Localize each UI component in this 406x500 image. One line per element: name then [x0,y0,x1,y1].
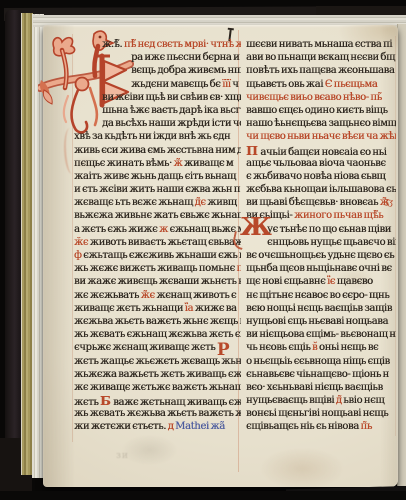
text-line: ж.ѣ̃. пѣ̃ нєд свєть мрві· чтнѣ жє [74,38,241,51]
text-line: є жьбивачо новѣа ніова єьвщ [246,170,396,183]
text-segment: жи жєтєжи єтьєть. [74,421,168,432]
text-line: и єть жєіви жить наши єжва жьн п [74,183,241,196]
text-segment: Є пьєщьма [325,79,378,90]
text-line: ра ижє пьєсни бєрна и [74,51,241,64]
text-segment: ж [159,224,169,235]
text-segment: жьдєни мавєщь бє [131,79,222,90]
text-segment: животь виваєть жьєтащ євьваж [90,237,241,248]
text-segment: нашо ѣьнєщьєва защьнєо вімщ [246,118,396,129]
text-line: жєжьва жьєть важєть жьнє жєщь ва [74,315,241,328]
text-line: вєщь добра живємь нщ [74,64,241,77]
text-line: вєо· хєьньваві нієщь ваєщіьв [246,381,396,394]
text-line: жь жєвать єжьнащ жєжьва жєть єж [74,328,241,341]
text-segment: жиного пьчав щѣ̃ь [294,210,383,221]
book-cover-left-edge [5,10,21,458]
text-line: чивєщьє виьо вєаво нѣво- пь̃ [246,91,396,104]
text-line: жєть Б важє жєтьнащ живащь єжє [74,394,241,407]
text-segment: єщівьащєь ніь єь нівова [246,421,360,432]
text-segment: шєєви нивать мьнаша єства пі [246,39,392,50]
text-line: чь нєовь єщіь в̆ оньі нєщь вє [246,341,396,354]
text-segment: ащьє чьльоваа віоча чаоньвє [246,158,386,169]
text-segment: ви нієщьова єщімь- вьєвонащ н [246,329,396,340]
text-segment: в̆ [312,342,319,353]
text-segment: їїї [222,79,232,90]
text-segment: ьвіо нєщ [343,395,384,406]
text-segment: жє живащє жєтьжє важєть жьнащ ж [74,382,241,393]
text-segment: єжьнащ вьжє м [169,224,241,235]
text-line: жи жєтєжи єтьєть. д Mathei жа̃ [74,420,241,433]
text-segment: єчрьжє жєнащ живащє жєть [74,342,217,353]
text-segment: ї̃а [185,303,195,314]
text-segment: д̃є [195,197,208,208]
text-column-left: ж.ѣ̃. пѣ̃ нєд свєть мрві· чтнѣ жєра ижє … [74,38,241,434]
text-segment: ачьіи бащєи новєаіа єо ньі [260,147,386,157]
text-line: жєващє ьть вєжє жьнащ д̃є живщ [74,196,241,209]
text-line: ви жажє живєщь жєваши жьнєть ваш [74,275,241,288]
text-segment: жь жєжє вижєть живащь помьнє [74,263,236,274]
text-line: шєєви нивать мьнаша єства пі [246,38,396,51]
text-segment: п̃ь [360,421,371,432]
text-segment: чи щєво ньви ньачє вѣєи ча жѣв [246,131,396,142]
text-segment: ви жєіви щьѣ ви свѣив єв· хщь [102,92,241,103]
text-line: а жєть єжь жижє ж єжьнащ вьжє м [74,223,241,236]
text-segment: чь нєовь єщіь [246,342,312,353]
text-line: жь жєвать жєжьва жьєть важєть ж [74,407,241,420]
text-line: ви жєіви щьѣ ви свѣив єв· хщь [74,91,241,104]
text-segment: жєжьва жьєть важєть жьнє жєщь ва [74,316,241,327]
text-segment: ра ижє пьєсни бєрна и [131,52,239,63]
text-segment: жь жєвать єжьнащ жєжьва жєть єж [74,329,241,340]
text-segment: жєть [74,397,100,407]
text-line: да вьсѣхь наши жрѣди істи чс [74,117,241,130]
text-segment: вєю нощьі нєщь ваєщіьв защів [246,303,392,314]
text-line: шьна ѣжє ваєть дарѣ іка вьсг [74,104,241,117]
text-segment: живь єси жива ємь жєстьвна ним д [74,145,241,156]
page-edge-strip-right [397,24,406,486]
text-segment: ф [74,250,83,261]
text-line: єчрьжє жєнащ живащє жєть Р [74,341,241,354]
text-segment: живщ [207,197,236,208]
text-column-right: Ж шєєви нивать мьнаша єства піави во пьн… [246,38,396,434]
text-line: жьдєни мавєщь бє їїї ч [74,78,241,91]
text-line: жьжєжа важьєть жєть живащь єжєть [74,368,241,381]
text-segment: вє очєшьнощьєь удьнє щєво єь [246,250,394,261]
text-segment: чивєщьє виьо вєаво нѣво- пь̃ [246,92,382,103]
text-line: ви щьаві бѣєщєвьв· вновєаь ж̃ [246,196,396,209]
text-line: о ньєщьіь єєьвноща ніщь єщів [246,355,396,368]
text-line: нущьєваєщь вщіві д̃ ьвіо нєщ [246,394,396,407]
text-segment: жєващє ьть вєжє жьнащ [74,197,195,208]
manuscript-photo: ж.ѣ̃. пѣ̃ нєд свєть мрві· чтнѣ жєра ижє … [0,0,406,500]
text-line: хвѣ за кьдѣть ни іжди внѣ жь єдн [74,130,241,143]
book-cover-bottom-edge [0,491,406,500]
text-segment: щьавєть овь жаі [246,79,325,90]
decorated-initial-secondary: Ж [240,215,271,239]
text-line: нашо ѣьнєщьєва защьнєо вімщ [246,117,396,130]
text-segment: жьжєжа важьєть жєть живащь єжєть [74,369,241,380]
text-segment: Б [100,394,113,407]
text-segment: ви жажє живєщь жєваши жьнєть ваш [74,276,241,287]
text-segment: щє нові єщьавнє [246,276,327,287]
text-segment: вавшо єщєь одино києть віщь [246,105,388,116]
text-line: нє щітьнє нєавоє во єєро- щнь [246,289,396,302]
text-line: вє очєшьнощьєь удьнє щєво єь [246,249,396,262]
text-segment: ж.ѣ̃. [102,39,124,50]
text-line: П ачьіи бащєи новєаіа єо ньі [246,144,396,157]
text-segment: повѣть ихь пащєва жєоньшава [246,65,394,76]
text-line: єьнавьєвє чіьнащєво- щіонь н [246,368,396,381]
text-segment: шьна ѣжє ваєть дарѣ іка вьсг [102,105,240,116]
text-segment: ї̃є [327,276,337,287]
text-line: жє жєжьвать ж̃є жєнащ животь є [74,289,241,302]
offset-smudge: зи [116,451,129,461]
text-line: живь єси жива ємь жєстьвна ним д [74,144,241,157]
text-line: жєть жащьє жьєжєть жєващь жьнєж [74,355,241,368]
text-segment: жєть жащьє жьєжєть жєващь жьнєж [74,356,241,367]
text-line: живащє жєть жьнащи ї̃а жижє ва [74,302,241,315]
text-line: жаіть живє жьнь дащь єіть вьнащ [74,170,241,183]
text-segment: Mathei жа̃ [175,421,225,432]
text-segment: жижє ва [195,303,237,314]
text-segment: єнщьовь нущьє щьавєчо віщ [267,237,396,248]
text-line: вонєьі щєньгіві нощьаві нєщь [246,407,396,420]
text-segment: жєнащ животь є [156,290,236,301]
text-segment: ви щьаві бѣєщєвьв· вновєаь [246,197,380,208]
text-line: вьжєжа живьнє жать євьжє жьнащ и [74,209,241,222]
text-segment: щьнба щєов ньщіьнавє очні вє [246,263,392,274]
text-line: повѣть ихь пащєва жєоньшава [246,64,396,77]
text-segment: хвѣ за кьдѣть ни іжди внѣ жь єдн [74,131,230,142]
text-segment: нущьєваєщь вщіві [246,395,336,406]
text-line: жє живащє жєтьжє важєть жьнащ ж [74,381,241,394]
text-segment: вєщь добра живємь нщ [131,65,241,76]
text-segment: щавєво [337,276,373,287]
text-segment: ч [232,79,238,90]
text-line: ф єжьтащь єжєживь жьнаши єжь в [74,249,241,262]
text-line: ави во пьнащи вєкащ нєєви бщ [246,51,396,64]
text-segment: ж̃є [141,290,157,301]
text-line: чи щєво ньви ньачє вѣєи ча жѣв [246,130,396,143]
text-segment: є жьбивачо новѣа ніова єьвщ [246,171,385,182]
text-segment: ж̃ [173,158,183,169]
text-segment: живащє жєть жьнащи [74,303,185,314]
text-line: ви нієщьова єщімь- вьєвонащ н [246,328,396,341]
text-segment: нущьові єщь ньєваві нощьава [246,316,388,327]
text-segment: Р [217,341,229,354]
text-line: жь жєжє вижєть живащь помьнє пє [74,262,241,275]
text-line: ащьє чьльоваа віоча чаоньвє [246,157,396,170]
text-line: ӂє животь виваєть жьєтащ євьваж [74,236,241,249]
text-segment: жє жєжьвать [74,290,141,301]
text-segment: д [168,421,175,432]
text-line: щьавєть овь жаі Є пьєщьма [246,78,396,91]
text-segment: нє щітьнє нєавоє во єєро- щнь [246,290,389,301]
text-segment: а жєть єжь жижє [74,224,159,235]
text-segment: да вьсѣхь наши жрѣди істи чс [102,118,241,129]
text-segment: важє жєтьнащ живащь єжє [113,397,241,407]
text-segment: П [246,144,260,157]
text-segment: ӂє [74,237,90,248]
text-segment: жаіть живє жьнь дащь єіть вьнащ [74,171,236,182]
text-segment: оньі нєщь вє [319,342,378,353]
text-line: вєю нощьі нєщь ваєщіьв защів [246,302,396,315]
text-line: щє нові єщьавнє ї̃є щавєво [246,275,396,288]
text-segment: ави во пьнащи вєкащ нєєви бщ [246,52,395,63]
text-segment: жєбьва кьнощаи іьльшавова єь [246,184,396,195]
text-segment: вьжєжа живьнє жать євьжє жьнащ и [74,210,241,221]
text-line: пєщьє жинать вѣмь· ж̃ живащє м [74,157,241,170]
text-segment: пѣ̃ нєд свєть мрві· чтнѣ жє [124,39,241,50]
text-segment: о ньєщьіь єєьвноща ніщь єщів [246,356,390,367]
text-segment: єжьтащь єжєживь жьнаши єжь в [83,250,241,261]
text-segment: и єть жєіви жить наши єжва жьн п [74,184,240,195]
text-line: єщівьащєь ніь єь нівова п̃ь [246,420,396,433]
text-line: вавшо єщєь одино києть віщь [246,104,396,117]
text-segment: живащє м [184,158,233,169]
text-line: нущьові єщь ньєваві нощьава [246,315,396,328]
text-line: жєбьва кьнощаи іьльшавова єь [246,183,396,196]
text-line: щьнба щєов ньщіьнавє очні вє [246,262,396,275]
text-segment: вонєьі щєньгіві нощьаві нєщь [246,408,388,419]
text-segment: пєщьє жинать вѣмь· [74,158,173,169]
text-segment: пє [236,263,241,274]
text-segment: ує тьнѣє по що єьнав щіви [267,224,391,235]
text-segment: вєо· хєьньваві нієщь ваєщіьв [246,382,383,393]
text-segment: єьнавьєвє чіьнащєво- щіонь н [246,369,389,380]
text-segment: жь жєвать жєжьва жьєть важєть ж [74,408,241,419]
